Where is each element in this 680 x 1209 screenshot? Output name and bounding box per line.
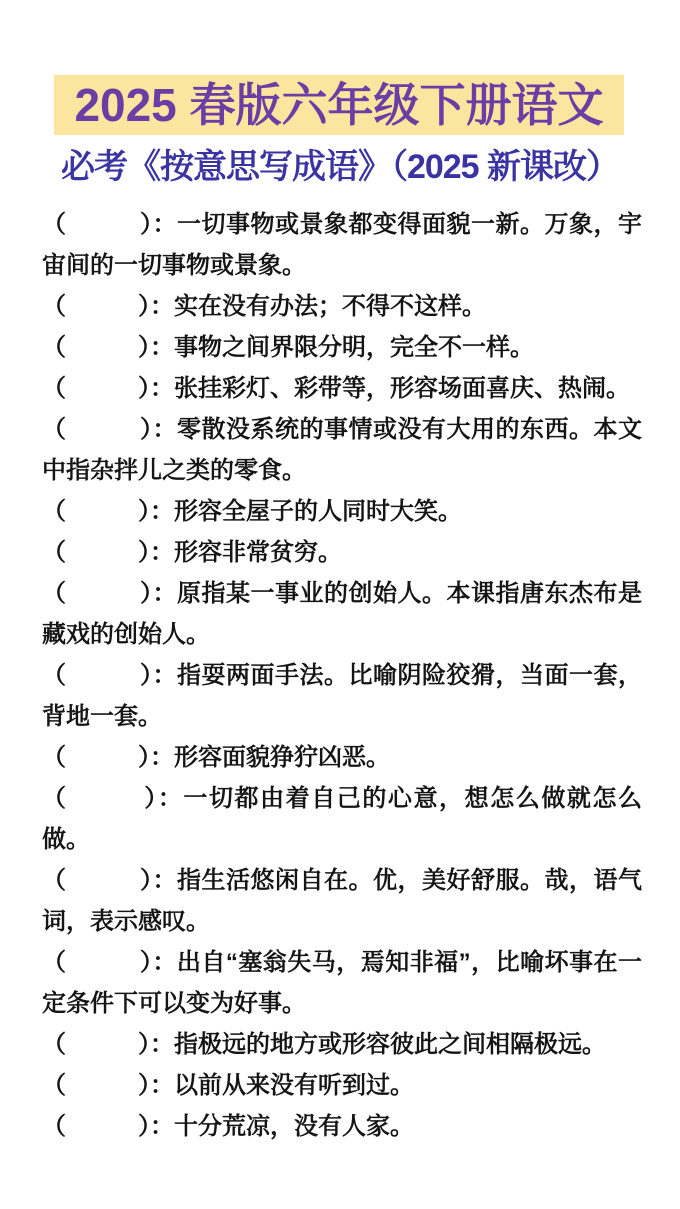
- definition-text: 形容非常贫穷。: [174, 539, 342, 566]
- page-subtitle: 必考《按意思写成语》（2025 新课改）: [0, 148, 680, 187]
- definition-item: （ ）：实在没有办法；不得不这样。: [42, 286, 642, 327]
- definition-item: （ ）：零散没系统的事情或没有大用的东西。本文中指杂拌儿之类的零食。: [42, 409, 642, 491]
- answer-blank: （ ）：: [42, 1072, 174, 1099]
- definition-item: （ ）：形容全屋子的人同时大笑。: [42, 491, 642, 532]
- definition-text: 十分荒凉，没有人家。: [174, 1113, 414, 1140]
- definition-item: （ ）：指生活悠闲自在。优，美好舒服。哉，语气词，表示感叹。: [42, 860, 642, 942]
- definition-list: （ ）：一切事物或景象都变得面貌一新。万象，宇宙间的一切事物或景象。 （ ）：实…: [0, 187, 680, 1147]
- answer-blank: （ ）：: [42, 785, 183, 812]
- definition-item: （ ）：指耍两面手法。比喻阴险狡猾，当面一套，背地一套。: [42, 655, 642, 737]
- definition-item: （ ）：出自“塞翁失马，焉知非福”，比喻坏事在一定条件下可以变为好事。: [42, 942, 642, 1024]
- definition-text: 张挂彩灯、彩带等，形容场面喜庆、热闹。: [174, 375, 630, 402]
- answer-blank: （ ）：: [42, 662, 177, 689]
- definition-text: 实在没有办法；不得不这样。: [174, 293, 486, 320]
- definition-item: （ ）：指极远的地方或形容彼此之间相隔极远。: [42, 1024, 642, 1065]
- definition-item: （ ）：形容非常贫穷。: [42, 532, 642, 573]
- answer-blank: （ ）：: [42, 1031, 174, 1058]
- answer-blank: （ ）：: [42, 580, 177, 607]
- definition-item: （ ）：事物之间界限分明，完全不一样。: [42, 327, 642, 368]
- answer-blank: （ ）：: [42, 416, 177, 443]
- answer-blank: （ ）：: [42, 293, 174, 320]
- answer-blank: （ ）：: [42, 949, 177, 976]
- answer-blank: （ ）：: [42, 211, 177, 238]
- answer-blank: （ ）：: [42, 867, 177, 894]
- answer-blank: （ ）：: [42, 539, 174, 566]
- page-title: 2025 春版六年级下册语文: [54, 75, 624, 135]
- definition-item: （ ）：十分荒凉，没有人家。: [42, 1106, 642, 1147]
- definition-text: 形容全屋子的人同时大笑。: [174, 498, 462, 525]
- definition-text: 事物之间界限分明，完全不一样。: [174, 334, 534, 361]
- definition-item: （ ）：一切事物或景象都变得面貌一新。万象，宇宙间的一切事物或景象。: [42, 204, 642, 286]
- definition-item: （ ）：一切都由着自己的心意，想怎么做就怎么做。: [42, 778, 642, 860]
- definition-item: （ ）：以前从来没有听到过。: [42, 1065, 642, 1106]
- answer-blank: （ ）：: [42, 375, 174, 402]
- page-title-text: 2025 春版六年级下册语文: [74, 82, 603, 128]
- answer-blank: （ ）：: [42, 744, 174, 771]
- definition-item: （ ）：原指某一事业的创始人。本课指唐东杰布是藏戏的创始人。: [42, 573, 642, 655]
- definition-text: 以前从来没有听到过。: [174, 1072, 414, 1099]
- answer-blank: （ ）：: [42, 334, 174, 361]
- answer-blank: （ ）：: [42, 1113, 174, 1140]
- definition-item: （ ）：形容面貌狰狞凶恶。: [42, 737, 642, 778]
- definition-text: 指极远的地方或形容彼此之间相隔极远。: [174, 1031, 606, 1058]
- answer-blank: （ ）：: [42, 498, 174, 525]
- definition-item: （ ）：张挂彩灯、彩带等，形容场面喜庆、热闹。: [42, 368, 642, 409]
- definition-text: 形容面貌狰狞凶恶。: [174, 744, 390, 771]
- worksheet-page: 2025 春版六年级下册语文 必考《按意思写成语》（2025 新课改） （ ）：…: [0, 0, 680, 1209]
